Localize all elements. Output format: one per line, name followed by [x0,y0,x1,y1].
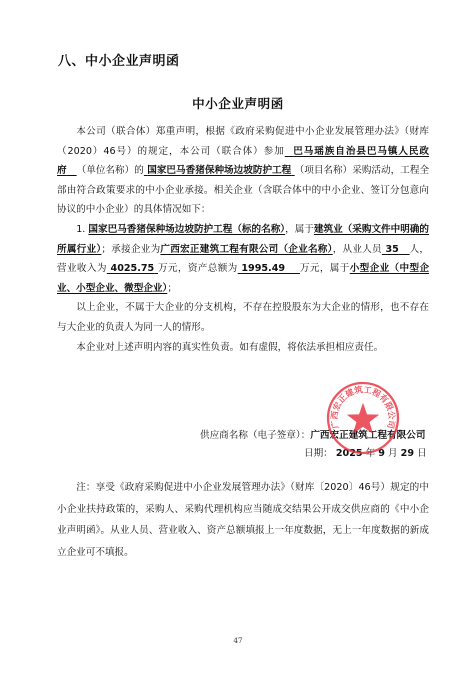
paragraph-independence: 以上企业，不属于大企业的分支机构，不存在控股股东为大企业的情形，也不存在与大企业… [57,298,429,337]
doc-title: 中小企业声明函 [0,94,476,112]
svg-text:广西宏正建筑工程有限公司: 广西宏正建筑工程有限公司 [329,384,397,429]
project-name: 国家巴马香猪保种场边坡防护工程 [144,165,295,176]
document-page: 八、中小企业声明函 中小企业声明函 本公司（联合体）郑重声明，根据《政府采购促进… [0,0,476,673]
signature-date: 日期： 2025 年 9 月 29 日 [304,445,427,459]
section-heading: 八、中小企业声明函 [58,50,180,69]
footnote: 注：享受《政府采购促进中小企业发展管理办法》（财库〔2020〕46号）规定的中小… [57,477,429,563]
contractor-company: 广西宏正建筑工程有限公司（企业名称） [160,244,332,255]
subject-name: 国家巴马香猪保种场边坡防护工程（标的名称） [88,224,285,235]
supplier-signature: 供应商名称（电子签章）：广西宏正建筑工程有限公司 [200,427,425,441]
item-number: 1. [76,224,85,235]
paragraph-responsibility: 本企业对上述声明内容的真实性负责。如有虚假，将依法承担相应责任。 [57,338,429,358]
date-day: 29 [401,448,414,459]
intro-text-2: （单位名称）的 [77,165,144,176]
date-year: 2025 [336,448,363,459]
signature-label: 供应商名称（电子签章）： [200,430,310,441]
declaration-body: 本公司（联合体）郑重声明，根据《政府采购促进中小企业发展管理办法》（财库（202… [57,122,429,357]
date-month: 9 [378,448,385,459]
page-number: 47 [0,637,476,645]
item-1: 1. 国家巴马香猪保种场边坡防护工程（标的名称），属于建筑业（采购文件中明确的所… [57,220,429,298]
paragraph-intro: 本公司（联合体）郑重声明，根据《政府采购促进中小企业发展管理办法》（财库（202… [57,122,429,220]
signature-company: 广西宏正建筑工程有限公司 [310,430,425,441]
revenue: 4025.75 [107,263,158,274]
employees: 35 [382,244,410,255]
assets: 1995.49 [238,263,300,274]
